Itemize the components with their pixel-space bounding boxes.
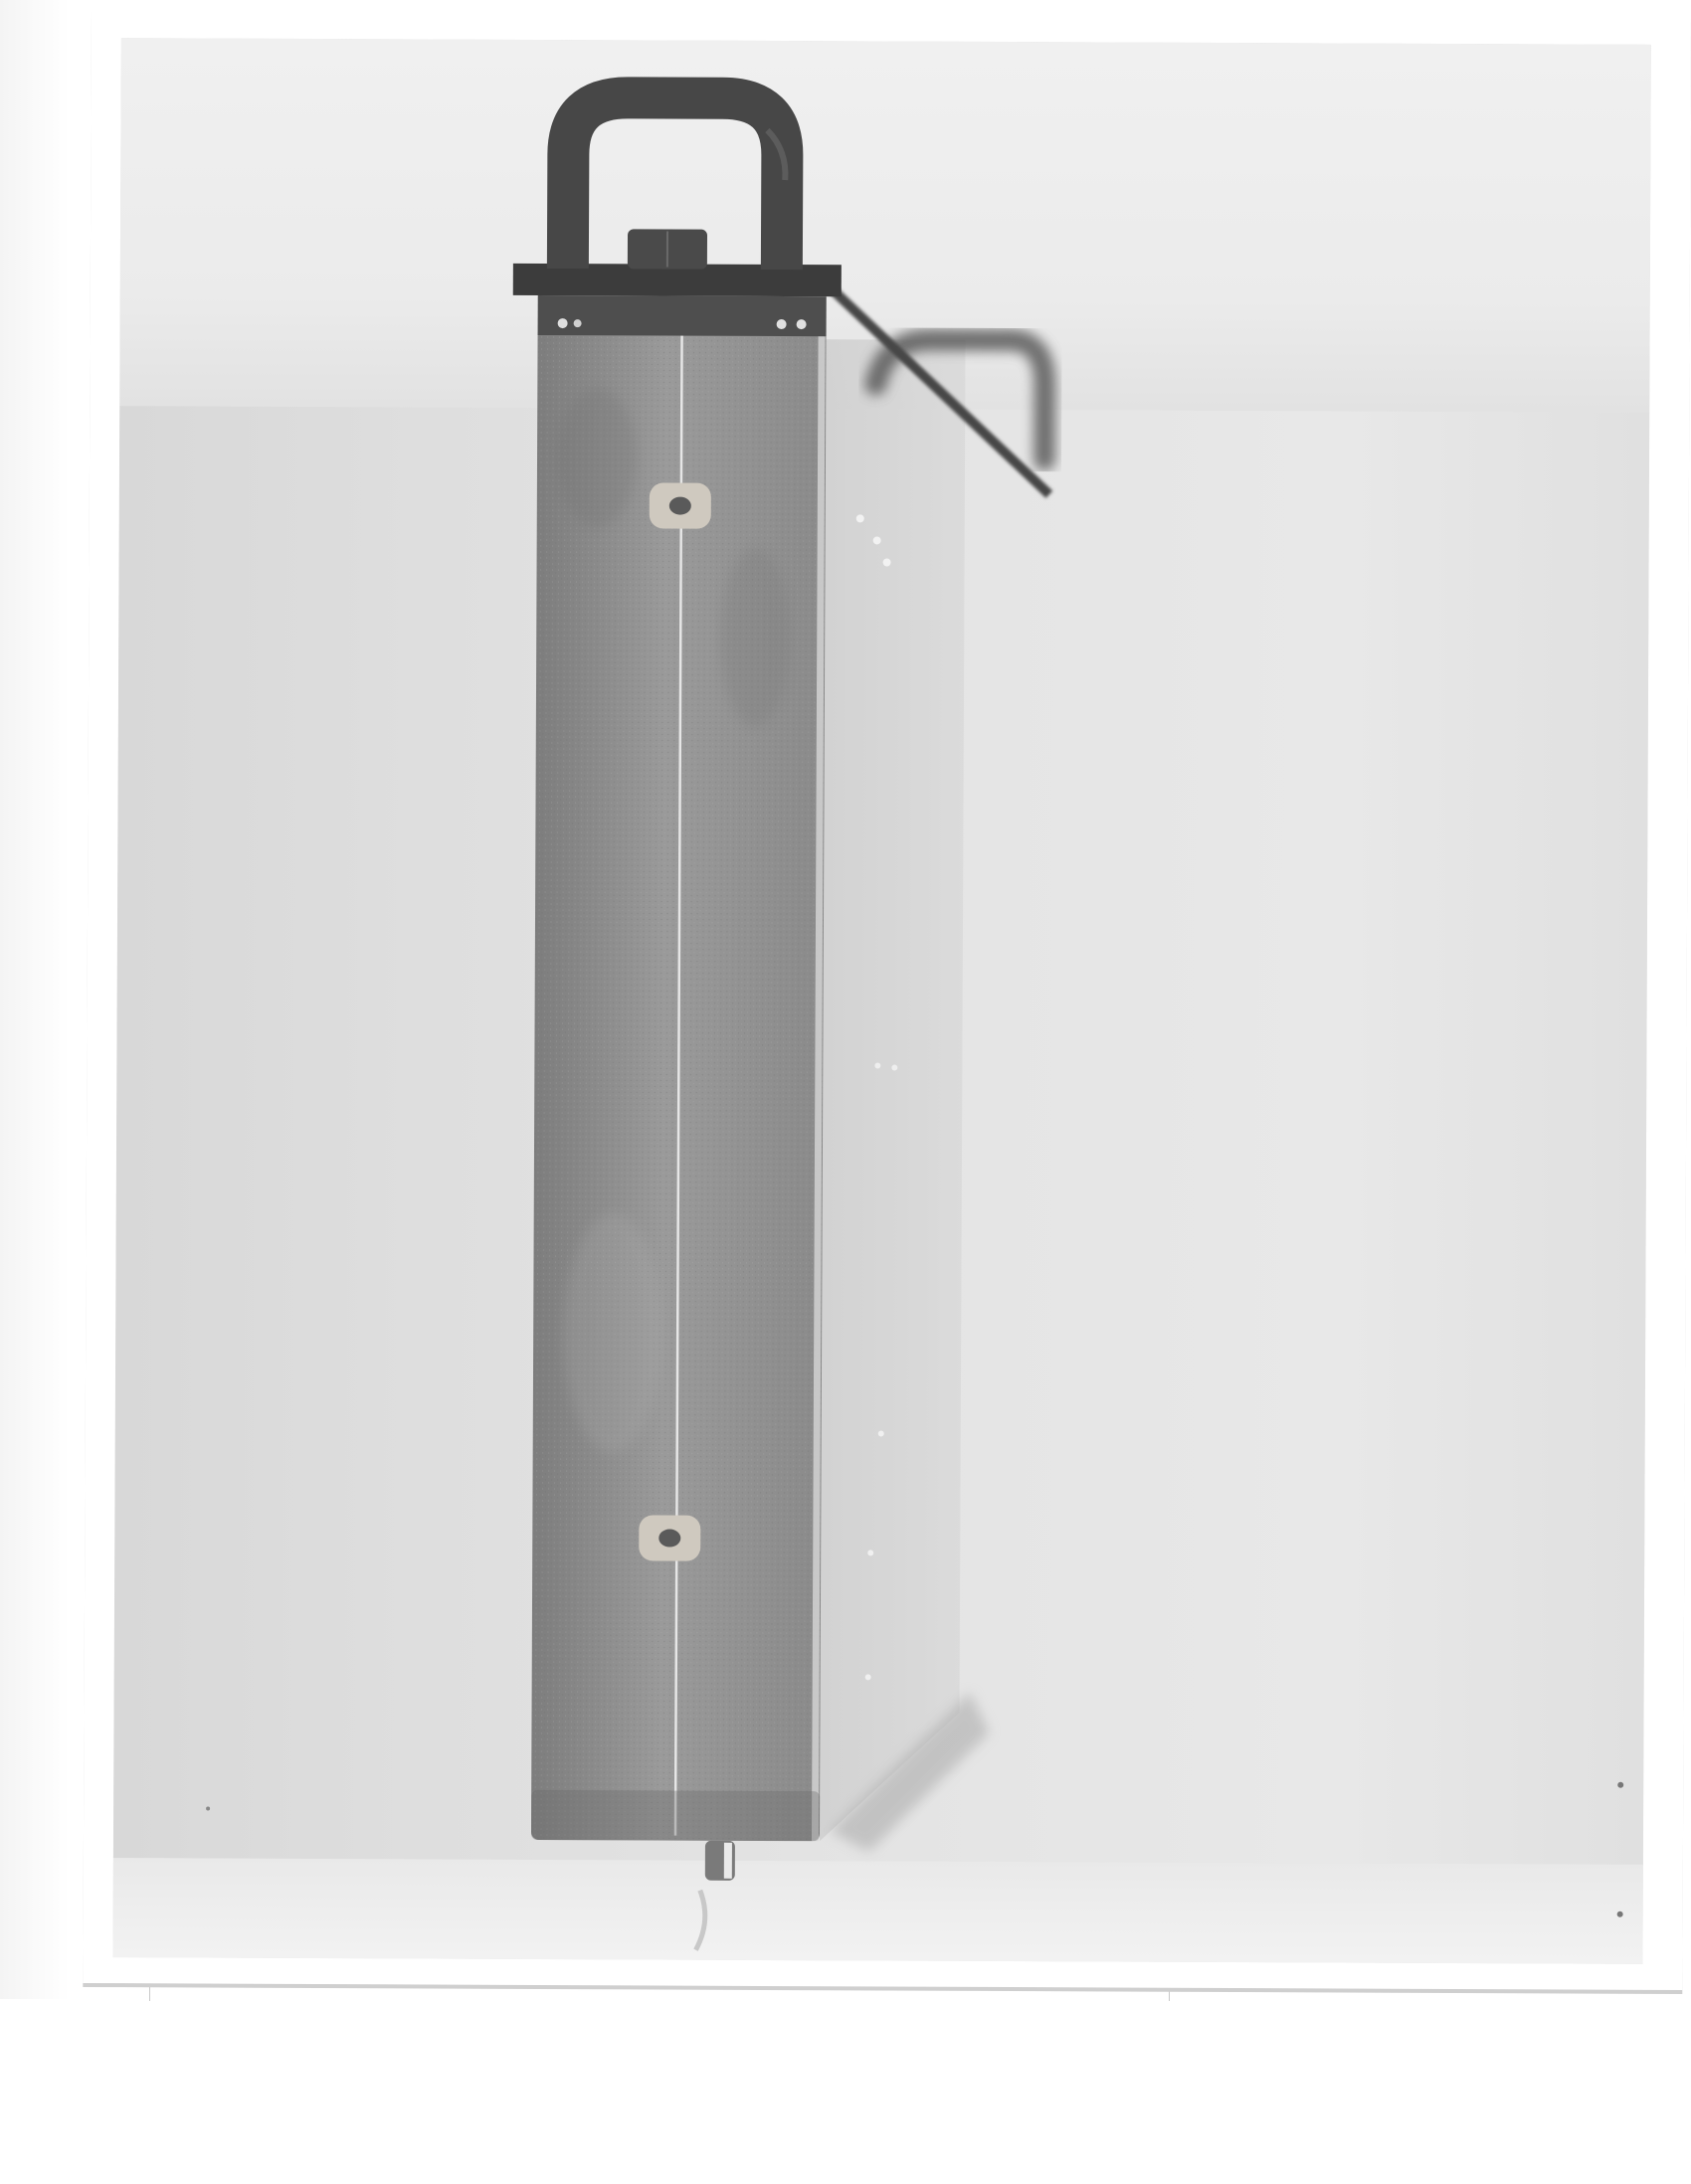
photo-print [83,8,1691,1990]
side-panel [820,339,996,1852]
rivet [574,319,582,327]
dust-speck [206,1807,210,1811]
scanner-blank-area [0,2001,1691,2184]
upper-grommet [650,482,711,528]
side-dimple [874,1062,880,1068]
side-dimple [883,558,891,566]
dust-speck [1617,1782,1623,1788]
side-dimple [865,1674,871,1680]
hex-nut-fitting [628,229,707,269]
lower-grommet [639,1515,700,1560]
enclosure-illustration [112,38,1650,1964]
rivet [558,318,568,328]
bottom-connector [695,1841,734,1950]
cable [695,1891,704,1950]
front-panel [531,328,827,1841]
side-dimple [891,1065,897,1071]
side-dimple [867,1549,873,1555]
photograph [112,38,1650,1964]
rivet [797,319,807,329]
scanner-bed-edge [0,0,70,1999]
mounting-plate [513,264,842,336]
side-dimple [856,514,864,522]
dust-speck [1617,1911,1623,1917]
side-dimple [878,1430,884,1436]
rivet [777,319,787,329]
side-dimple [873,536,881,544]
